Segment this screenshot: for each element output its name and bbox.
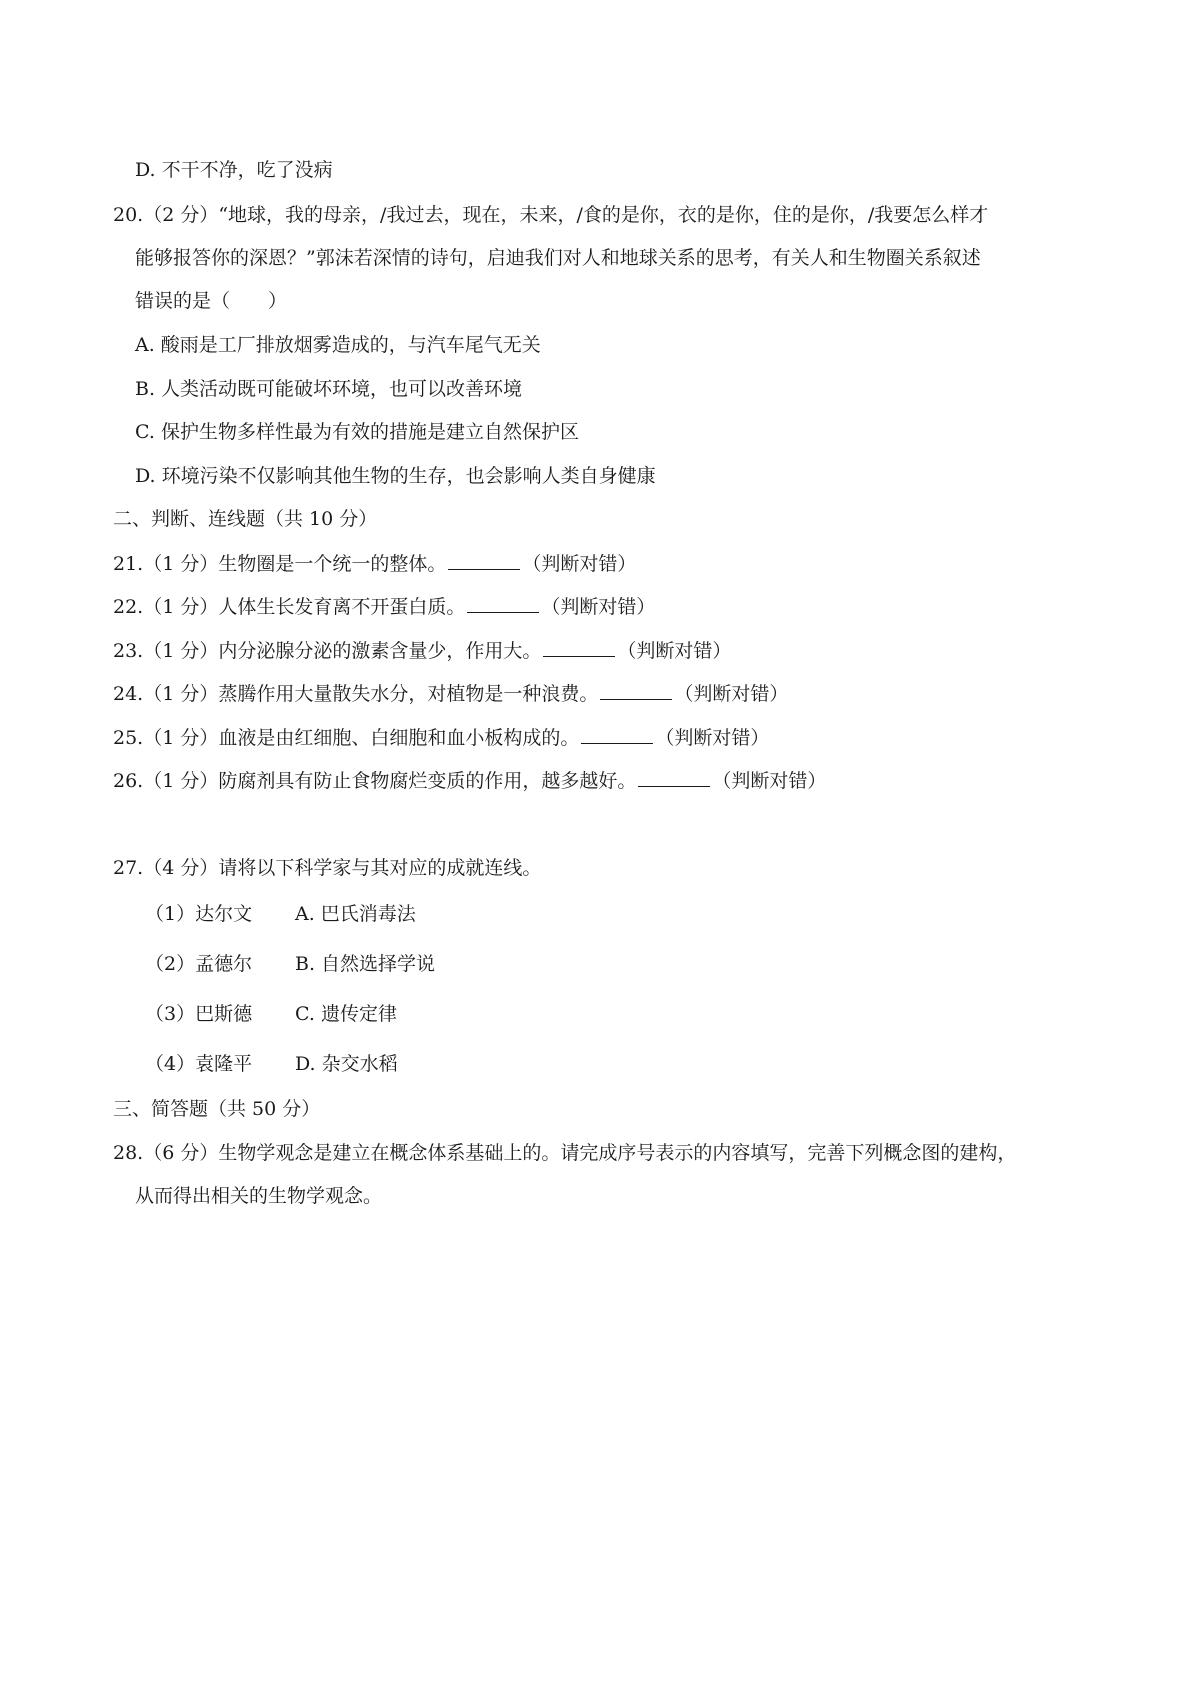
- judge-text: 21.（1 分）生物圈是一个统一的整体。: [113, 553, 446, 575]
- judge-text: 24.（1 分）蒸腾作用大量散失水分，对植物是一种浪费。: [113, 683, 598, 705]
- scientist-4: （4）袁隆平: [145, 1052, 295, 1076]
- q27-match-row-2: （2）孟德尔B. 自然选择学说: [145, 952, 435, 976]
- answer-blank[interactable]: [448, 551, 520, 570]
- q27-match-row-1: （1）达尔文A. 巴氏消毒法: [145, 902, 416, 926]
- exam-page: D. 不干不净，吃了没病 20.（2 分）“地球，我的母亲，/我过去，现在，未来…: [0, 0, 1200, 1698]
- judge-suffix: （判断对错）: [522, 553, 636, 575]
- judge-suffix: （判断对错）: [674, 683, 788, 705]
- judge-item-24: 24.（1 分）蒸腾作用大量散失水分，对植物是一种浪费。（判断对错）: [113, 681, 788, 706]
- judge-text: 22.（1 分）人体生长发育离不开蛋白质。: [113, 596, 465, 618]
- answer-blank[interactable]: [600, 681, 672, 700]
- judge-item-25: 25.（1 分）血液是由红细胞、白细胞和血小板构成的。（判断对错）: [113, 725, 769, 750]
- judge-text: 26.（1 分）防腐剂具有防止食物腐烂变质的作用，越多越好。: [113, 770, 636, 792]
- answer-blank[interactable]: [467, 594, 539, 613]
- q20-option-d: D. 环境污染不仅影响其他生物的生存，也会影响人类自身健康: [135, 464, 656, 488]
- scientist-3: （3）巴斯德: [145, 1002, 295, 1026]
- scientist-1: （1）达尔文: [145, 902, 295, 926]
- answer-blank[interactable]: [543, 638, 615, 657]
- section3-title: 三、简答题（共 50 分）: [113, 1097, 320, 1121]
- q28-stem-line1: 28.（6 分）生物学观念是建立在概念体系基础上的。请完成序号表示的内容填写，完…: [113, 1141, 1016, 1165]
- answer-blank[interactable]: [638, 768, 710, 787]
- judge-suffix: （判断对错）: [617, 640, 731, 662]
- answer-blank[interactable]: [581, 725, 653, 744]
- q20-stem-line2: 能够报答你的深恩？”郭沫若深情的诗句，启迪我们对人和地球关系的思考，有关人和生物…: [135, 246, 981, 270]
- q20-stem-line3: 错误的是（ ）: [135, 289, 287, 313]
- achievement-c: C. 遗传定律: [295, 1003, 397, 1025]
- q28-stem-line2: 从而得出相关的生物学观念。: [135, 1184, 382, 1208]
- q20-option-c: C. 保护生物多样性最为有效的措施是建立自然保护区: [135, 420, 579, 444]
- q20-option-a: A. 酸雨是工厂排放烟雾造成的，与汽车尾气无关: [135, 333, 541, 357]
- achievement-b: B. 自然选择学说: [295, 953, 435, 975]
- q27-stem: 27.（4 分）请将以下科学家与其对应的成就连线。: [113, 856, 541, 880]
- section2-title: 二、判断、连线题（共 10 分）: [113, 507, 377, 531]
- q27-match-row-3: （3）巴斯德C. 遗传定律: [145, 1002, 397, 1026]
- judge-text: 23.（1 分）内分泌腺分泌的激素含量少，作用大。: [113, 640, 541, 662]
- judge-text: 25.（1 分）血液是由红细胞、白细胞和血小板构成的。: [113, 727, 579, 749]
- q27-match-row-4: （4）袁隆平D. 杂交水稻: [145, 1052, 398, 1076]
- q20-stem-line1: 20.（2 分）“地球，我的母亲，/我过去，现在，未来，/食的是你，衣的是你，住…: [113, 203, 988, 227]
- judge-item-23: 23.（1 分）内分泌腺分泌的激素含量少，作用大。（判断对错）: [113, 638, 731, 663]
- achievement-d: D. 杂交水稻: [295, 1053, 398, 1075]
- q19-option-d: D. 不干不净，吃了没病: [135, 158, 333, 182]
- achievement-a: A. 巴氏消毒法: [295, 903, 416, 925]
- judge-item-22: 22.（1 分）人体生长发育离不开蛋白质。（判断对错）: [113, 594, 655, 619]
- judge-item-26: 26.（1 分）防腐剂具有防止食物腐烂变质的作用，越多越好。（判断对错）: [113, 768, 826, 793]
- scientist-2: （2）孟德尔: [145, 952, 295, 976]
- judge-item-21: 21.（1 分）生物圈是一个统一的整体。（判断对错）: [113, 551, 636, 576]
- judge-suffix: （判断对错）: [655, 727, 769, 749]
- judge-suffix: （判断对错）: [712, 770, 826, 792]
- judge-suffix: （判断对错）: [541, 596, 655, 618]
- q20-option-b: B. 人类活动既可能破坏环境，也可以改善环境: [135, 377, 522, 401]
